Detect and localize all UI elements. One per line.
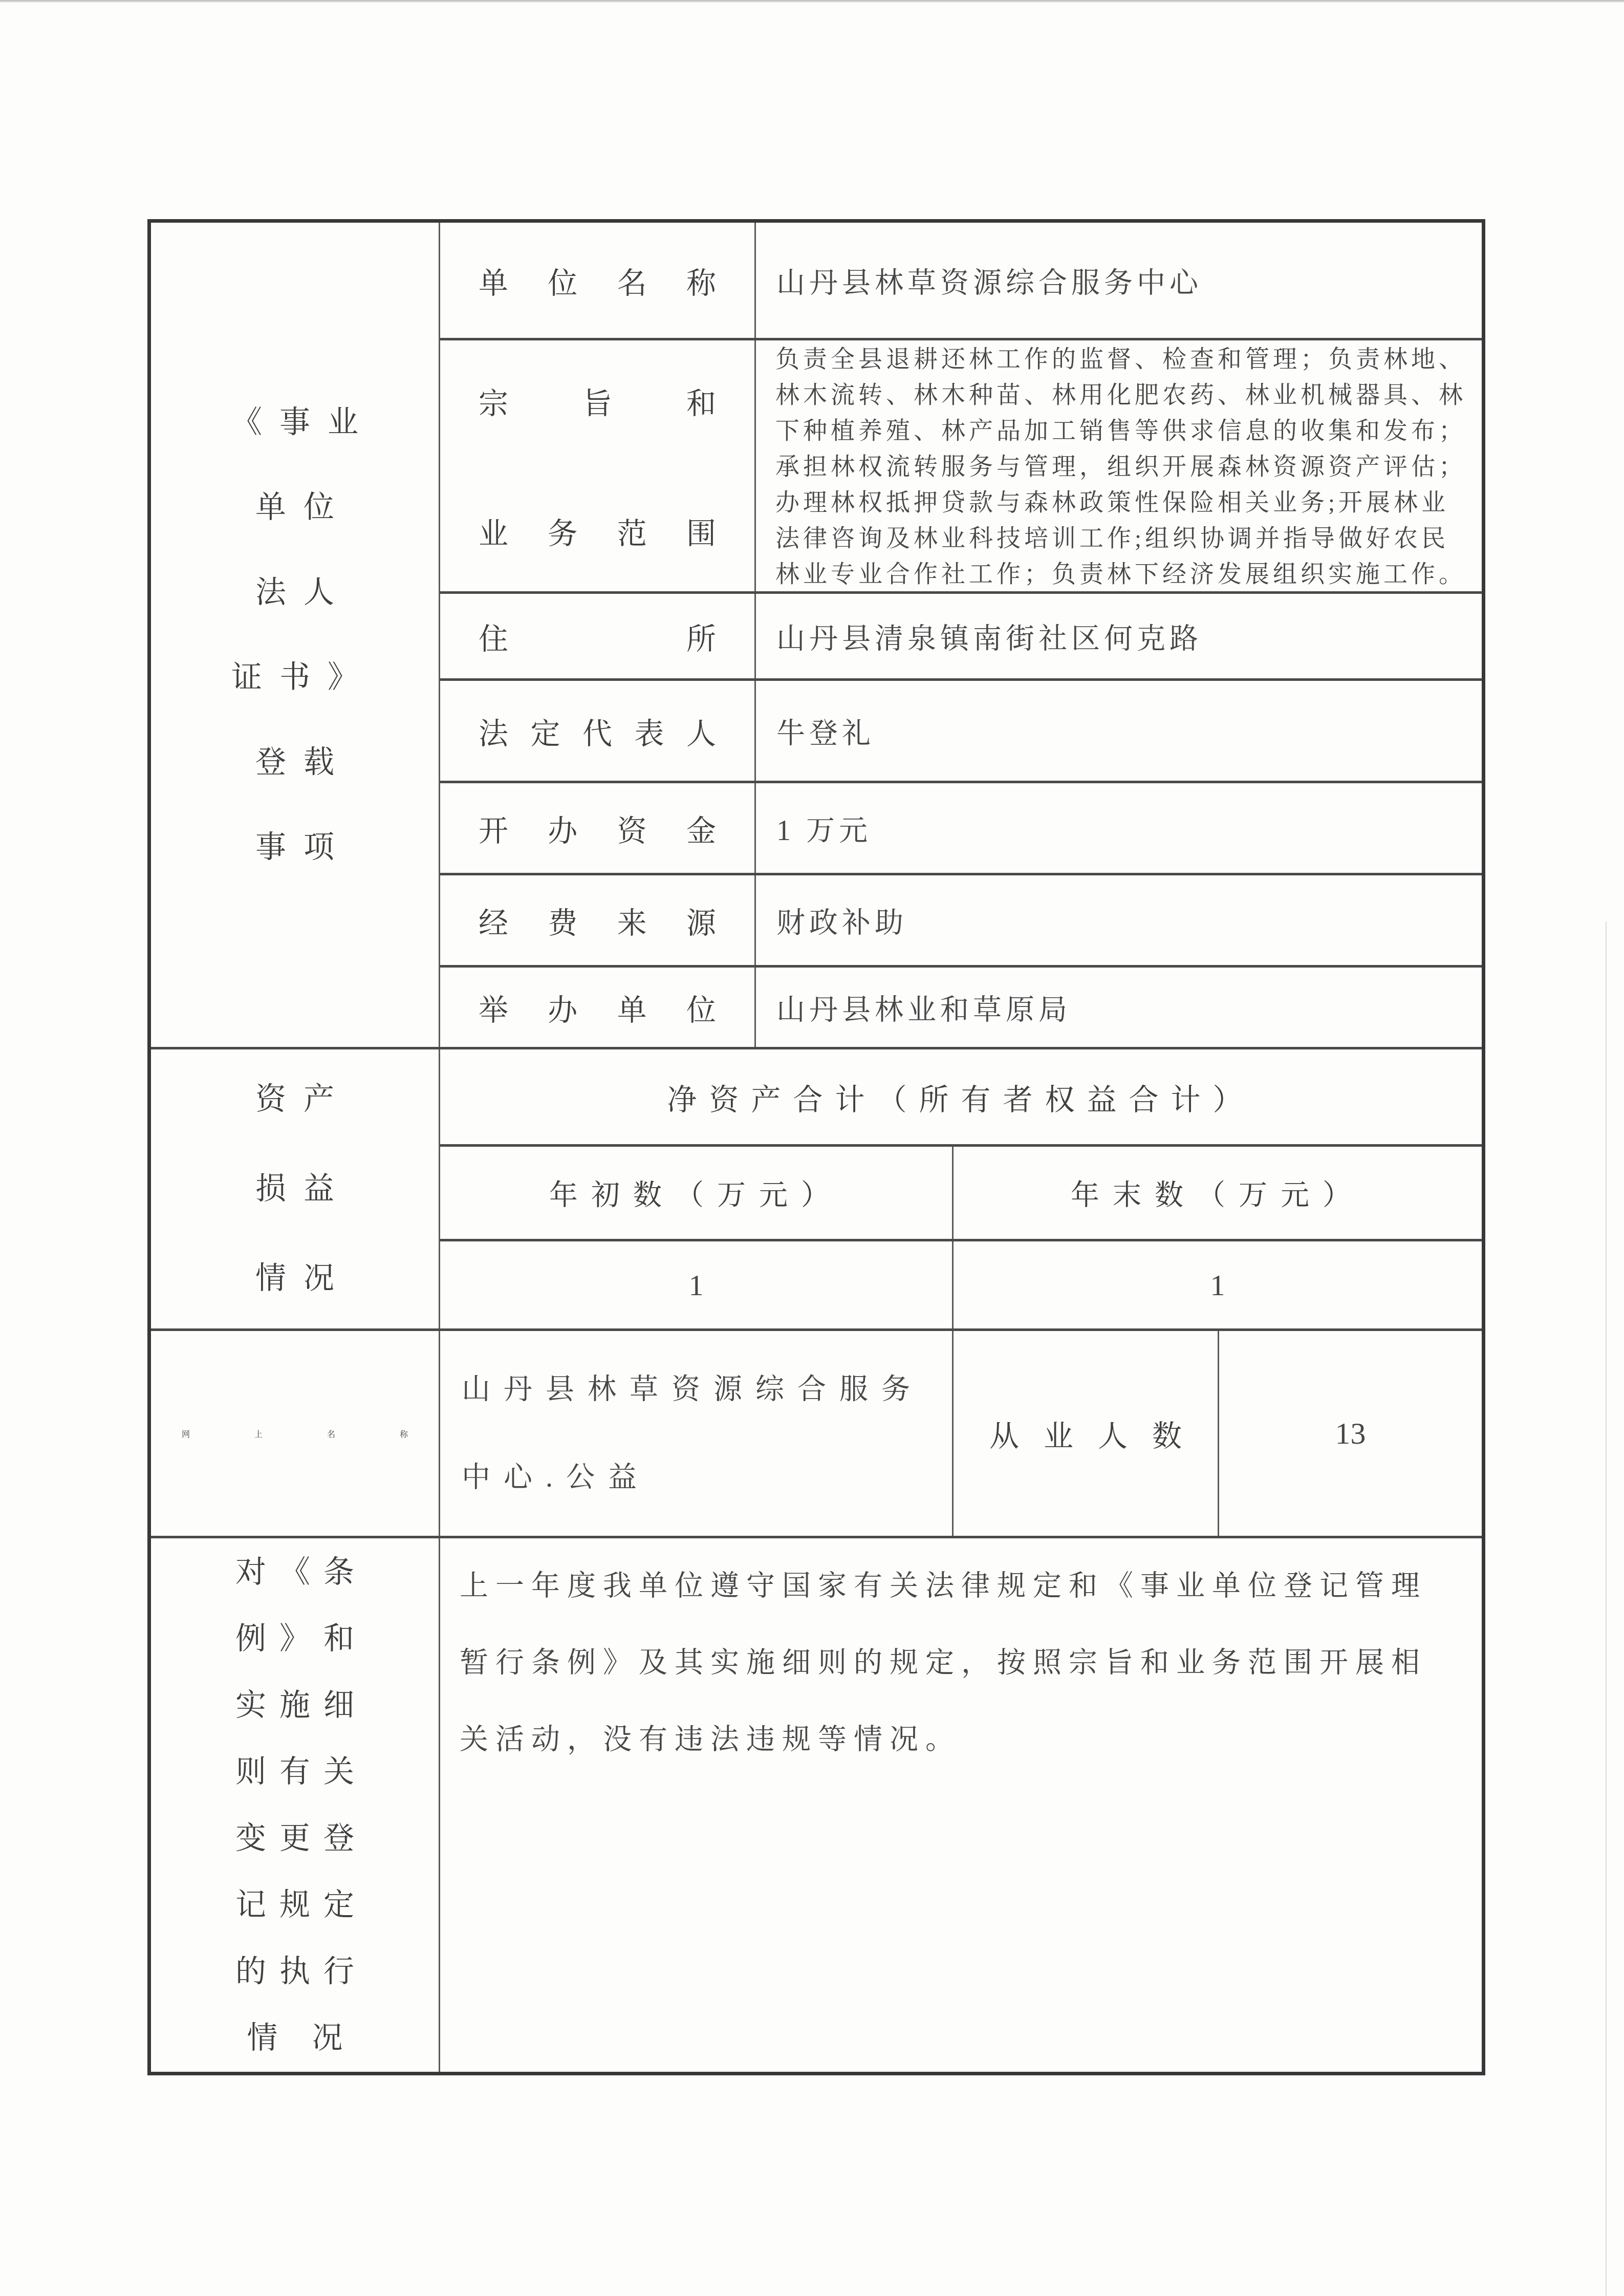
legal-rep-label: 法定代表人 [440,710,754,753]
staff-count-label-cell: 从业人数 [954,1331,1219,1536]
funding-label-cell: 经费来源 [440,875,756,965]
mission-label-cell: 宗旨和 业务范围 [440,340,756,591]
capital-value: 1 万元 [756,783,1482,873]
staff-count-value: 13 [1219,1331,1482,1536]
capital-label-cell: 开办资金 [440,783,756,873]
assets-rows: 净资产合计（所有者权益合计） 年初数（万元） 年末数（万元） 1 1 [440,1049,1482,1328]
mission-label-line-1: 宗旨和 [440,379,754,422]
online-name-label: 网上名称 [151,1428,439,1440]
year-start-value: 1 [440,1241,954,1328]
address-value: 山丹县清泉镇南街社区何克路 [756,594,1482,678]
year-end-value: 1 [954,1241,1482,1328]
online-name-section: 网上名称 山丹县林草资源综合服务 中心.公益 从业人数 13 [151,1328,1482,1536]
assets-subheader-row: 年初数（万元） 年末数（万元） [440,1144,1482,1239]
unit-name-label-cell: 单位名称 [440,223,756,338]
legal-rep-value: 牛登礼 [756,681,1482,781]
organizer-value: 山丹县林业和草原局 [756,968,1482,1047]
assets-side-cell: 资产 损益 情况 [151,1049,440,1328]
legal-rep-label-cell: 法定代表人 [440,681,756,781]
compliance-section: 对《条 例》和 实施细 则有关 变更登 记规定 的执行 情 况 上一年度我单位遵… [151,1536,1482,2072]
row-unit-name: 单位名称 山丹县林草资源综合服务中心 [440,223,1482,338]
address-label: 住所 [440,615,754,658]
online-name-value: 山丹县林草资源综合服务 中心.公益 [440,1331,954,1536]
assets-section: 资产 损益 情况 净资产合计（所有者权益合计） 年初数（万元） 年末数（万元） … [151,1047,1482,1328]
assets-side-label: 资产 损益 情况 [238,1055,352,1323]
row-organizer: 举办单位 山丹县林业和草原局 [440,965,1482,1047]
online-name-label-cell: 网上名称 [151,1331,440,1536]
row-legal-rep: 法定代表人 牛登礼 [440,678,1482,781]
row-mission: 宗旨和 业务范围 负责全县退耕还林工作的监督、检查和管理；负责林地、 林木流转、… [440,338,1482,591]
mission-value: 负责全县退耕还林工作的监督、检查和管理；负责林地、 林木流转、林木种苗、林用化肥… [756,340,1482,591]
row-address: 住所 山丹县清泉镇南街社区何克路 [440,591,1482,678]
funding-label: 经费来源 [440,899,754,942]
organizer-label-cell: 举办单位 [440,968,756,1047]
certificate-rows: 单位名称 山丹县林草资源综合服务中心 宗旨和 业务范围 负责全县退耕还林工作的监… [440,223,1482,1047]
funding-value: 财政补助 [756,875,1482,965]
compliance-statement: 上一年度我单位遵守国家有关法律规定和《事业单位登记管理 暂行条例》及其实施细则的… [440,1538,1482,2072]
staff-count-label: 从业人数 [954,1412,1218,1455]
row-funding: 经费来源 财政补助 [440,873,1482,965]
mission-label-line-2: 业务范围 [440,509,754,552]
certificate-side-cell: 《事业 单位 法人 证书》 登载 事项 [151,223,440,1047]
certificate-section: 《事业 单位 法人 证书》 登载 事项 单位名称 山丹县林草资源综合服务中心 宗… [151,223,1482,1047]
unit-name-value: 山丹县林草资源综合服务中心 [756,223,1482,338]
unit-name-label: 单位名称 [440,259,754,302]
scan-edge-artifact-top [0,0,1624,3]
address-label-cell: 住所 [440,594,756,678]
capital-label: 开办资金 [440,807,754,850]
organizer-label: 举办单位 [440,986,754,1029]
assets-values-row: 1 1 [440,1239,1482,1328]
year-start-header: 年初数（万元） [440,1147,954,1239]
row-capital: 开办资金 1 万元 [440,781,1482,873]
certificate-side-label: 《事业 单位 法人 证书》 登载 事项 [214,380,376,890]
registration-form-table: 《事业 单位 法人 证书》 登载 事项 单位名称 山丹县林草资源综合服务中心 宗… [147,219,1485,2075]
compliance-side-label: 对《条 例》和 实施细 则有关 变更登 记规定 的执行 情 况 [222,1539,367,2071]
compliance-side-cell: 对《条 例》和 实施细 则有关 变更登 记规定 的执行 情 况 [151,1538,440,2072]
year-end-header: 年末数（万元） [954,1147,1482,1239]
scan-edge-artifact-right [1606,921,1607,2296]
net-assets-header: 净资产合计（所有者权益合计） [440,1049,1482,1144]
